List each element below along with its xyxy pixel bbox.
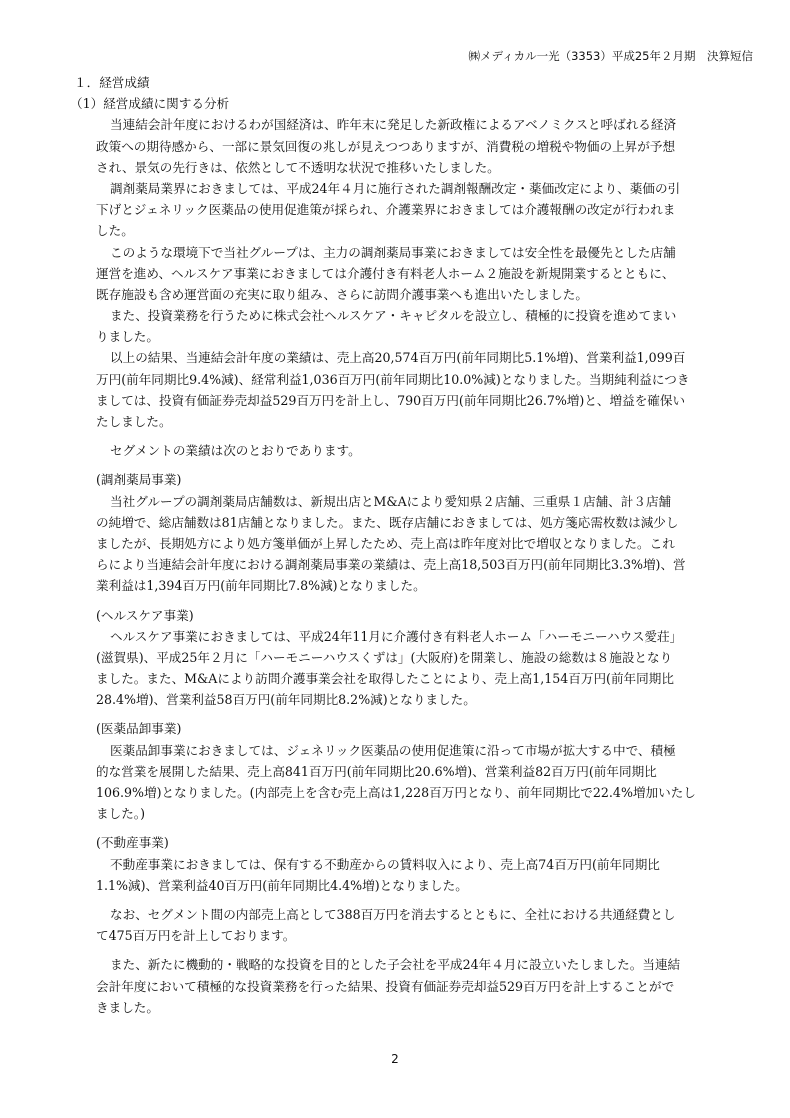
segment-label: (調剤薬局事業) xyxy=(74,469,754,490)
text-line: ましたが、長期処方により処方箋単価が上昇したため、売上高は昨年度対比で増収となり… xyxy=(74,533,754,554)
text-line: きました。 xyxy=(74,997,754,1018)
paragraph-group: このような環境下で当社グループは、主力の調剤薬局事業におきましては安全性を最優先… xyxy=(74,242,754,306)
text-line: らにより当連結会計年度における調剤薬局事業の業績は、売上高18,503百万円(前… xyxy=(74,554,754,575)
text-line: 調剤薬局業界におきましては、平成24年４月に施行された調剤報酬改定・薬価改定によ… xyxy=(74,178,754,199)
text-line: 当社グループの調剤薬局店舗数は、新規出店とM&Aにより愛知県２店舗、三重県１店舗… xyxy=(74,491,754,512)
paragraph-results: 以上の結果、当連結会計年度の業績は、売上高20,574百万円(前年同期比5.1%… xyxy=(74,347,754,432)
text-line: され、景気の先行きは、依然として不透明な状況で推移いたしました。 xyxy=(74,157,754,178)
segment-dispensing-pharmacy: (調剤薬局事業) 当社グループの調剤薬局店舗数は、新規出店とM&Aにより愛知県２… xyxy=(74,469,754,596)
text-line: 業利益は1,394百万円(前年同期比7.8%減)となりました。 xyxy=(74,575,754,596)
text-line: 会計年度において積極的な投資業務を行った結果、投資有価証券売却益529百万円を計… xyxy=(74,976,754,997)
text-line: 既存施設も含め運営面の充実に取り組み、さらに訪問介護事業へも進出いたしました。 xyxy=(74,284,754,305)
text-line: ました。また、M&Aにより訪問介護事業会社を取得したことにより、売上高1,154… xyxy=(74,668,754,689)
text-line: 運営を進め、ヘルスケア事業におきましては介護付き有料老人ホーム２施設を新規開業す… xyxy=(74,263,754,284)
paragraph-industry: 調剤薬局業界におきましては、平成24年４月に施行された調剤報酬改定・薬価改定によ… xyxy=(74,178,754,242)
text-line: 当連結会計年度におけるわが国経済は、昨年末に発足した新政権によるアベノミクスと呼… xyxy=(74,114,754,135)
text-line: 政策への期待感から、一部に景気回復の兆しが見えつつありますが、消費税の増税や物価… xyxy=(74,136,754,157)
text-line: (滋賀県)、平成25年２月に「ハーモニーハウスくずは」(大阪府)を開業し、施設の… xyxy=(74,647,754,668)
paragraph-elimination: なお、セグメント間の内部売上高として388百万円を消去するとともに、全社における… xyxy=(74,904,754,946)
segment-intro: セグメントの業績は次のとおりであります。 xyxy=(74,440,754,461)
text-line: の純増で、総店舗数は81店舗となりました。また、既存店舗におきましては、処方箋応… xyxy=(74,512,754,533)
paragraph-economy: 当連結会計年度におけるわが国経済は、昨年末に発足した新政権によるアベノミクスと呼… xyxy=(74,114,754,178)
text-line: ました。) xyxy=(74,803,754,824)
section-heading: １．経営成績 xyxy=(74,72,754,93)
text-line: 不動産事業におきましては、保有する不動産からの賃料収入により、売上高74百万円(… xyxy=(74,854,754,875)
text-line: 106.9%増)となりました。(内部売上を含む売上高は1,228百万円となり、前… xyxy=(74,782,754,803)
text-line: 1.1%減)、営業利益40百万円(前年同期比4.4%増)となりました。 xyxy=(74,875,754,896)
text-line: りました。 xyxy=(74,326,754,347)
document-header: ㈱メディカル一光（3353）平成25年２月期 決算短信 xyxy=(469,48,753,64)
text-line: 下げとジェネリック医薬品の使用促進策が採られ、介護業界におきましては介護報酬の改… xyxy=(74,199,754,220)
document-body: １．経営成績 （1）経営成績に関する分析 当連結会計年度におけるわが国経済は、昨… xyxy=(74,72,754,1018)
text-line: ヘルスケア事業におきましては、平成24年11月に介護付き有料老人ホーム「ハーモニ… xyxy=(74,626,754,647)
text-line: このような環境下で当社グループは、主力の調剤薬局事業におきましては安全性を最優先… xyxy=(74,242,754,263)
segment-label: (医薬品卸事業) xyxy=(74,718,754,739)
subsection-heading: （1）経営成績に関する分析 xyxy=(70,93,754,114)
text-line: 万円(前年同期比9.4%減)、経常利益1,036百万円(前年同期比10.0%減)… xyxy=(74,369,754,390)
text-line: て475百万円を計上しております。 xyxy=(74,925,754,946)
paragraph-investment: また、投資業務を行うために株式会社ヘルスケア・キャピタルを設立し、積極的に投資を… xyxy=(74,305,754,347)
text-line: また、投資業務を行うために株式会社ヘルスケア・キャピタルを設立し、積極的に投資を… xyxy=(74,305,754,326)
text-line: ましては、投資有価証券売却益529百万円を計上し、790百万円(前年同期比26.… xyxy=(74,390,754,411)
text-line: 以上の結果、当連結会計年度の業績は、売上高20,574百万円(前年同期比5.1%… xyxy=(74,347,754,368)
segment-label: (ヘルスケア事業) xyxy=(74,605,754,626)
text-line: また、新たに機動的・戦略的な投資を目的とした子会社を平成24年４月に設立いたしま… xyxy=(74,954,754,975)
segment-label: (不動産事業) xyxy=(74,832,754,853)
text-line: 医薬品卸事業におきましては、ジェネリック医薬品の使用促進策に沿って市場が拡大する… xyxy=(74,740,754,761)
text-line: 28.4%増)、営業利益58百万円(前年同期比8.2%減)となりました。 xyxy=(74,689,754,710)
text-line: した。 xyxy=(74,220,754,241)
paragraph-subsidiary: また、新たに機動的・戦略的な投資を目的とした子会社を平成24年４月に設立いたしま… xyxy=(74,954,754,1018)
segment-pharmaceutical-wholesale: (医薬品卸事業) 医薬品卸事業におきましては、ジェネリック医薬品の使用促進策に沿… xyxy=(74,718,754,824)
segment-real-estate: (不動産事業) 不動産事業におきましては、保有する不動産からの賃料収入により、売… xyxy=(74,832,754,896)
segment-healthcare: (ヘルスケア事業) ヘルスケア事業におきましては、平成24年11月に介護付き有料… xyxy=(74,605,754,711)
text-line: たしました。 xyxy=(74,411,754,432)
text-line: なお、セグメント間の内部売上高として388百万円を消去するとともに、全社における… xyxy=(74,904,754,925)
page-number: 2 xyxy=(0,1052,790,1066)
text-line: 的な営業を展開した結果、売上高841百万円(前年同期比20.6%増)、営業利益8… xyxy=(74,761,754,782)
